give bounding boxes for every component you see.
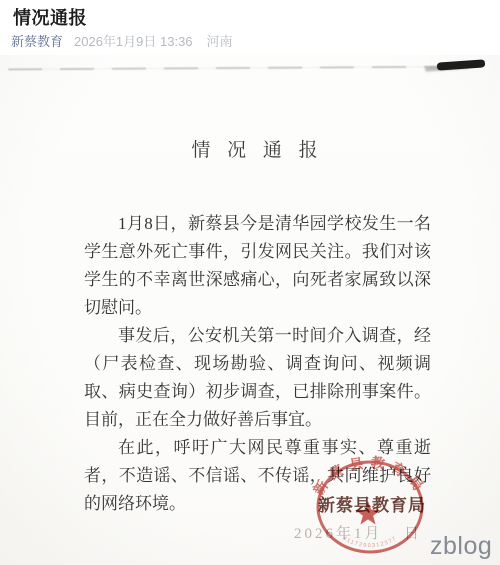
article-page: 情况通报 新蔡教育 2026年1月9日 13:36 河南 情 况 通 报 1月8…	[0, 0, 500, 565]
paper-edge-line	[8, 66, 470, 71]
source-account-link[interactable]: 新蔡教育	[11, 31, 63, 50]
document-paragraph: 事发后，公安机关第一时间介入调查，经（尸表检查、现场勘验、调查询问、视频调取、病…	[84, 322, 431, 434]
official-seal: 新蔡县教育局 4117290312377	[300, 450, 445, 565]
post-timestamp: 2026年1月9日 13:36	[74, 31, 193, 50]
document-title: 情 况 通 报	[84, 135, 431, 162]
document-photo: 情 况 通 报 1月8日，新蔡县今是清华园学校发生一名学生意外死亡事件，引发网民…	[0, 55, 500, 565]
seal-serial-number: 4117290312377	[342, 535, 399, 549]
post-header: 情况通报 新蔡教育 2026年1月9日 13:36 河南	[0, 0, 500, 55]
svg-text:4117290312377: 4117290312377	[342, 535, 399, 549]
site-watermark: zblog	[430, 532, 492, 561]
ink-smudge	[437, 59, 485, 70]
document-paragraph: 1月8日，新蔡县今是清华园学校发生一名学生意外死亡事件，引发网民关注。我们对该学…	[84, 210, 431, 322]
page-title: 情况通报	[13, 4, 87, 30]
seal-star	[356, 501, 381, 525]
post-location: 河南	[207, 31, 233, 50]
post-meta: 新蔡教育 2026年1月9日 13:36 河南	[11, 31, 233, 50]
